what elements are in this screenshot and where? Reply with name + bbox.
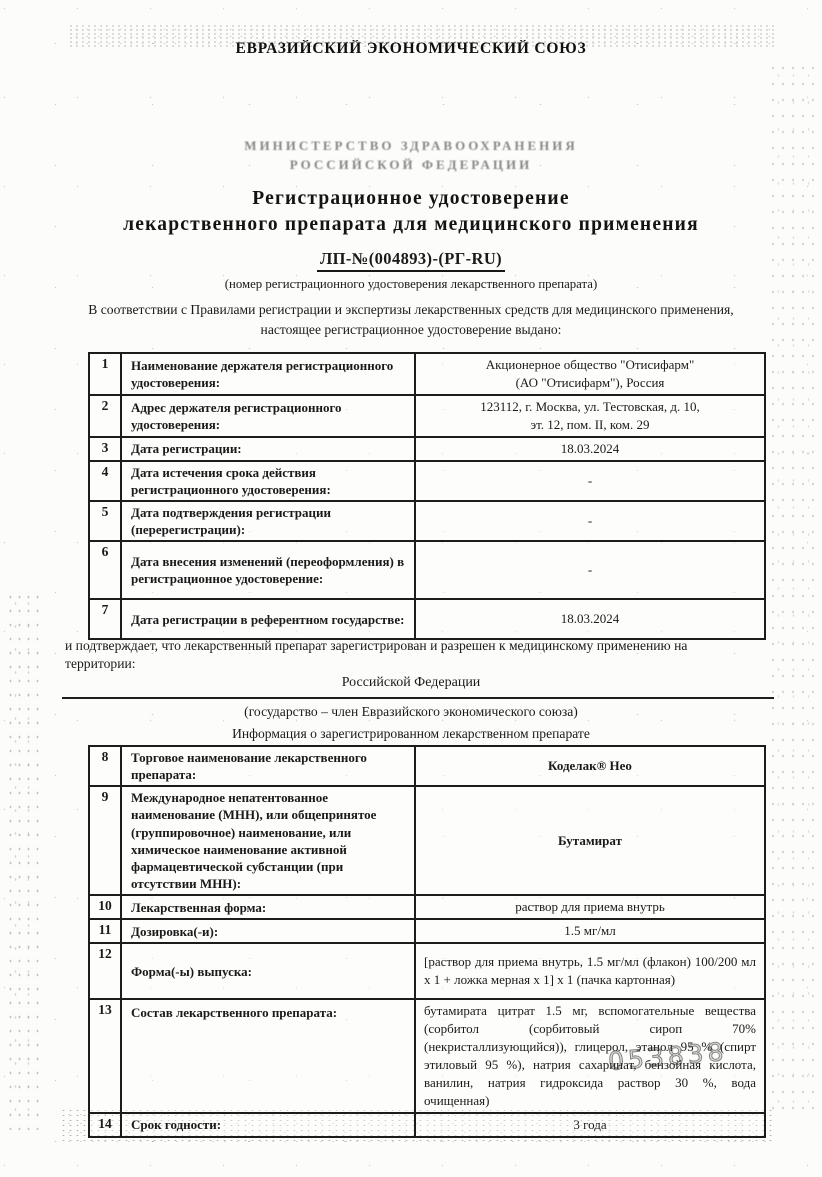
row-number: 12	[89, 943, 121, 999]
row-label: Лекарственная форма:	[121, 895, 415, 919]
row-number: 6	[89, 541, 121, 599]
table-row: 6 Дата внесения изменений (переоформлени…	[89, 541, 765, 599]
row-label: Международное непатентованное наименован…	[121, 786, 415, 895]
row-value: -	[415, 461, 765, 501]
row-value: -	[415, 541, 765, 599]
table-row: 2 Адрес держателя регистрационного удост…	[89, 395, 765, 437]
table-row: 13 Состав лекарственного препарата: бута…	[89, 999, 765, 1113]
row-value: 3 года	[415, 1113, 765, 1137]
row-label: Дата подтверждения регистрации (перереги…	[121, 501, 415, 541]
row-number: 14	[89, 1113, 121, 1137]
scan-noise-left	[6, 590, 40, 1130]
ministry-header: МИНИСТЕРСТВО ЗДРАВООХРАНЕНИЯ РОССИЙСКОЙ …	[0, 137, 822, 175]
row-value: Акционерное общество "Отисифарм" (АО "От…	[415, 353, 765, 395]
table-row: 8 Торговое наименование лекарственного п…	[89, 746, 765, 786]
row-value: Коделак® Нео	[415, 746, 765, 786]
row-number: 4	[89, 461, 121, 501]
document-title: Регистрационное удостоверение лекарствен…	[0, 186, 822, 239]
table-row: 10 Лекарственная форма: раствор для прие…	[89, 895, 765, 919]
product-table: 8 Торговое наименование лекарственного п…	[88, 745, 766, 1138]
row-label: Торговое наименование лекарственного пре…	[121, 746, 415, 786]
holder-table: 1 Наименование держателя регистрационног…	[88, 352, 766, 640]
territory-caption: (государство – член Евразийского экономи…	[0, 704, 822, 720]
row-number: 7	[89, 599, 121, 639]
ministry-line2: РОССИЙСКОЙ ФЕДЕРАЦИИ	[0, 156, 822, 175]
territory-underline	[62, 697, 774, 699]
registration-number: ЛП-№(004893)-(РГ-RU)	[0, 249, 822, 272]
row-value: раствор для приема внутрь	[415, 895, 765, 919]
document-title-line2: лекарственного препарата для медицинског…	[0, 212, 822, 238]
table-row: 9 Международное непатентованное наименов…	[89, 786, 765, 895]
table-row: 5 Дата подтверждения регистрации (перере…	[89, 501, 765, 541]
row-label: Дата регистрации в референтном государст…	[121, 599, 415, 639]
table-row: 1 Наименование держателя регистрационног…	[89, 353, 765, 395]
row-label: Дата регистрации:	[121, 437, 415, 461]
row-number: 5	[89, 501, 121, 541]
table-row: 4 Дата истечения срока действия регистра…	[89, 461, 765, 501]
table-row: 7 Дата регистрации в референтном государ…	[89, 599, 765, 639]
registration-number-caption: (номер регистрационного удостоверения ле…	[0, 277, 822, 292]
row-label: Адрес держателя регистрационного удостов…	[121, 395, 415, 437]
row-value: Бутамират	[415, 786, 765, 895]
row-number: 13	[89, 999, 121, 1113]
row-value: 18.03.2024	[415, 437, 765, 461]
row-value: -	[415, 501, 765, 541]
row-label: Дата истечения срока действия регистраци…	[121, 461, 415, 501]
row-label: Форма(-ы) выпуска:	[121, 943, 415, 999]
row-value: 1.5 мг/мл	[415, 919, 765, 943]
document-title-line1: Регистрационное удостоверение	[0, 186, 822, 212]
territory-name: Российской Федерации	[0, 675, 822, 691]
row-value: [раствор для приема внутрь, 1.5 мг/мл (ф…	[415, 943, 765, 999]
confirm-paragraph: и подтверждает, что лекарственный препар…	[65, 637, 757, 674]
row-number: 11	[89, 919, 121, 943]
row-number: 3	[89, 437, 121, 461]
row-label: Дата внесения изменений (переоформления)…	[121, 541, 415, 599]
row-label: Срок годности:	[121, 1113, 415, 1137]
product-info-heading: Информация о зарегистрированном лекарств…	[0, 726, 822, 742]
document-page: ЕВРАЗИЙСКИЙ ЭКОНОМИЧЕСКИЙ СОЮЗ МИНИСТЕРС…	[0, 0, 822, 1177]
intro-paragraph: В соответствии с Правилами регистрации и…	[81, 300, 741, 339]
row-label: Дозировка(-и):	[121, 919, 415, 943]
row-number: 1	[89, 353, 121, 395]
row-value: 18.03.2024	[415, 599, 765, 639]
union-header: ЕВРАЗИЙСКИЙ ЭКОНОМИЧЕСКИЙ СОЮЗ	[0, 40, 822, 58]
table-row: 12 Форма(-ы) выпуска: [раствор для прием…	[89, 943, 765, 999]
row-number: 10	[89, 895, 121, 919]
row-number: 2	[89, 395, 121, 437]
table-row: 14 Срок годности: 3 года	[89, 1113, 765, 1137]
ministry-line1: МИНИСТЕРСТВО ЗДРАВООХРАНЕНИЯ	[0, 137, 822, 156]
table-row: 3 Дата регистрации: 18.03.2024	[89, 437, 765, 461]
row-number: 8	[89, 746, 121, 786]
row-label: Наименование держателя регистрационного …	[121, 353, 415, 395]
table-row: 11 Дозировка(-и): 1.5 мг/мл	[89, 919, 765, 943]
row-value: 123112, г. Москва, ул. Тестовская, д. 10…	[415, 395, 765, 437]
row-value: бутамирата цитрат 1.5 мг, вспомогательны…	[415, 999, 765, 1113]
row-number: 9	[89, 786, 121, 895]
row-label: Состав лекарственного препарата:	[121, 999, 415, 1113]
